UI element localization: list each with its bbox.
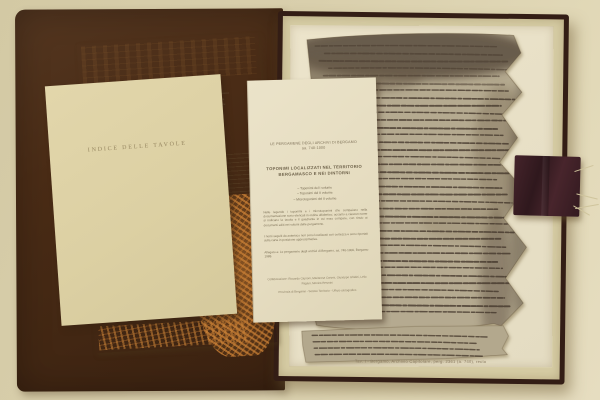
- ribbon-tab: [513, 155, 581, 217]
- intro-paragraph-3: Allegato a: Le pergamene degli archivi d…: [264, 247, 368, 258]
- title-page: LE PERGAMENE DEGLI ARCHIVI DI BERGAMO aa…: [247, 77, 382, 322]
- contents-list: Toponimi del I volume Toponimi del II vo…: [251, 184, 379, 203]
- credits-line: Collaborazione: Riccardo Caproni, Mariar…: [263, 275, 371, 287]
- intro-paragraph-2: I nomi seguiti da asterisco non sono loc…: [264, 232, 368, 243]
- archival-box-photo: Tav. I - Bergamo, Archivio Capitolare, p…: [0, 0, 600, 400]
- plate-caption: Tav. I - Bergamo, Archivio Capitolare, p…: [289, 358, 552, 364]
- imprint-line: Provincia di Bergamo - Settore Territori…: [263, 288, 371, 295]
- index-card: INDICE DELLE TAVOLE: [45, 74, 237, 326]
- index-card-title: INDICE DELLE TAVOLE: [49, 138, 225, 156]
- parchment-fragment: [302, 325, 509, 363]
- intro-paragraph-1: Nelle legende i toponimi e i microtoponi…: [263, 207, 367, 227]
